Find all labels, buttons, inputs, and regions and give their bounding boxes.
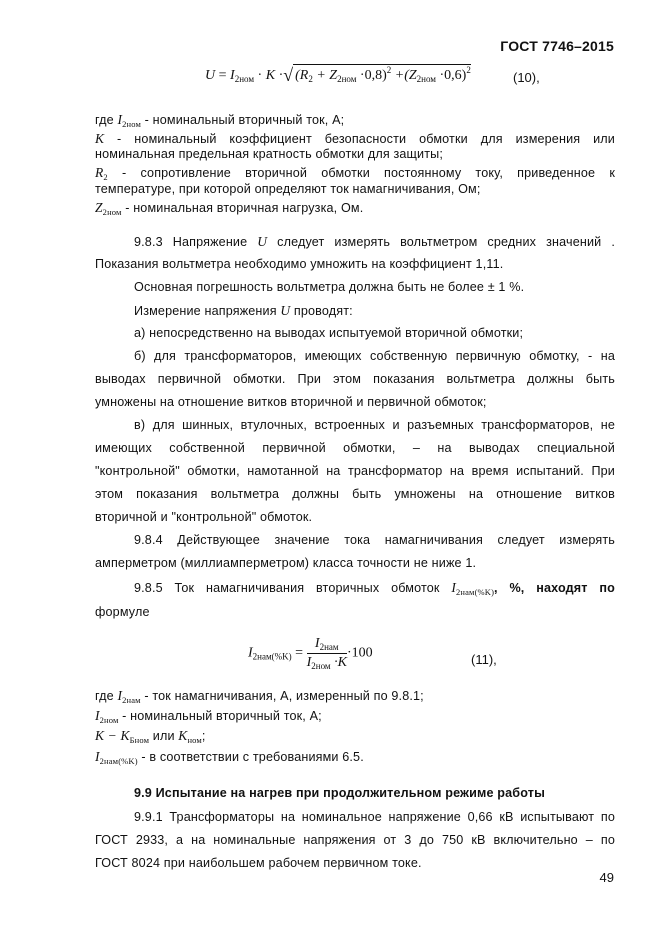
formula-symbol: R2 <box>95 165 108 180</box>
page-number: 49 <box>600 870 614 885</box>
paragraph-line: умножены на отношение витков вторичной и… <box>95 395 615 409</box>
paragraph-line: Измерение напряжения U проводят: <box>134 303 615 319</box>
paragraph-line: этом показания вольтметра должны быть ум… <box>95 487 615 501</box>
formula-radicand: (R2 + Z2ном ·0,8)2 +(Z2ном ·0,6)2 <box>293 64 471 84</box>
formula-operator: · <box>258 68 263 83</box>
formula-symbol: K <box>266 68 275 83</box>
formula-11: I2нам(%K) = I2нам I2ном ·K ·100 <box>248 636 373 671</box>
legend-line: где I2ном - номинальный вторичный ток, А… <box>95 112 615 129</box>
legend-line: Z2ном - номинальная вторичная нагрузка, … <box>95 200 615 217</box>
formula-fraction: I2нам I2ном ·K <box>307 636 347 671</box>
paragraph-line: ГОСТ 8024 при наибольшем рабочем первичн… <box>95 856 615 870</box>
list-item-c: в) для шинных, втулочных, встроенных и р… <box>134 418 615 432</box>
legend-line: I2нам(%K) - в соответствии с требованиям… <box>95 749 615 766</box>
paragraph-line: 9.8.3 Напряжение U следует измерять воль… <box>134 234 615 250</box>
paragraph-line: Показания вольтметра необходимо умножить… <box>95 257 615 271</box>
legend-line: где I2нам - ток намагничивания, А, измер… <box>95 688 615 705</box>
legend-line: R2 - сопротивление вторичной обмотки пос… <box>95 165 615 182</box>
paragraph-line: Основная погрешность вольтметра должна б… <box>134 280 615 294</box>
formula-symbol: Z2ном <box>95 200 122 215</box>
document-page: ГОСТ 7746–2015 U = I2ном · K ·√(R2 + Z2н… <box>0 0 661 936</box>
paragraph-line: имеющих собственной первичной обмотки, –… <box>95 441 615 455</box>
formula-subscript: 2ном <box>235 74 254 84</box>
formula-10: U = I2ном · K ·√(R2 + Z2ном ·0,8)2 +(Z2н… <box>205 64 471 86</box>
formula-symbol: I2ном <box>118 112 142 127</box>
paragraph-line: "контрольной" обмотки, намотанной на тра… <box>95 464 615 478</box>
formula-symbol: U <box>205 68 215 83</box>
paragraph-line: амперметром (миллиамперметром) класса то… <box>95 556 615 570</box>
paragraph-line: вторичной и "контрольной" обмоток. <box>95 510 615 524</box>
paragraph-line: 9.8.4 Действующее значение тока намагнич… <box>134 533 615 547</box>
sqrt-icon: √ <box>283 65 293 85</box>
equation-number-10: (10), <box>513 70 540 85</box>
section-heading: 9.9 Испытание на нагрев при продолжитель… <box>134 786 615 800</box>
formula-operator: = <box>219 68 227 83</box>
legend-line: K − KБном или Kном; <box>95 728 615 745</box>
legend-line: I2ном - номинальный вторичный ток, А; <box>95 708 615 725</box>
paragraph-line: формуле <box>95 605 615 619</box>
legend-line: номинальная предельная кратность обмотки… <box>95 147 615 161</box>
formula-symbol: K <box>95 131 104 146</box>
legend-line: K - номинальный коэффициент безопасности… <box>95 131 615 147</box>
list-item-b: б) для трансформаторов, имеющих собствен… <box>134 349 615 363</box>
equation-number-11: (11), <box>471 652 497 667</box>
legend-line: температуре, при которой определяют ток … <box>95 182 615 196</box>
standard-header: ГОСТ 7746–2015 <box>500 38 614 54</box>
paragraph-line: ГОСТ 2933, а на номинальные напряжения о… <box>95 833 615 847</box>
paragraph-line: выводах первичной обмотки. При этом пока… <box>95 372 615 386</box>
paragraph-line: 9.8.5 Ток намагничивания вторичных обмот… <box>134 580 615 597</box>
paragraph-line: 9.9.1 Трансформаторы на номинальное напр… <box>134 810 615 824</box>
list-item-a: а) непосредственно на выводах испытуемой… <box>134 326 615 340</box>
